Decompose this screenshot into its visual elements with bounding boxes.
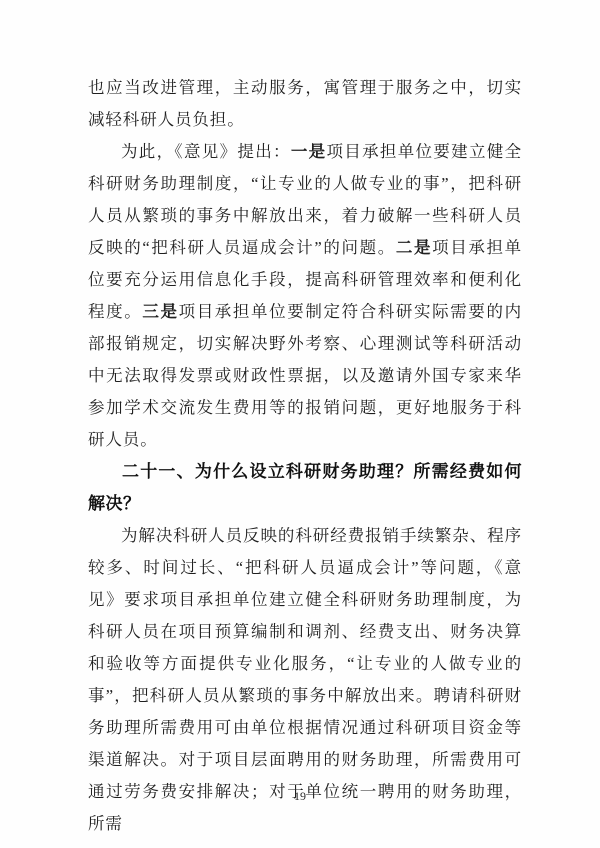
document-body: 也应当改进管理，主动服务，寓管理于服务之中，切实减轻科研人员负担。为此，《意见》… [88, 72, 522, 840]
paragraph-continued: 也应当改进管理，主动服务，寓管理于服务之中，切实减轻科研人员负担。 [88, 72, 522, 136]
text-run: 三是 [142, 302, 178, 321]
text-run: 一是 [291, 142, 327, 161]
text-run: 二十一、为什么设立科研财务助理？所需经费如何解决？ [88, 462, 522, 513]
text-run: 为此，《意见》提出： [121, 142, 291, 161]
paragraph-opinion-measures: 为此，《意见》提出：一是项目承担单位要建立健全科研财务助理制度，“让专业的人做专… [88, 136, 522, 456]
page-number: 19 [0, 789, 600, 803]
text-run: 为解决科研人员反映的科研经费报销手续繁杂、程序较多、时间过长、“把科研人员逼成会… [88, 526, 522, 833]
document-page: 也应当改进管理，主动服务，寓管理于服务之中，切实减轻科研人员负担。为此，《意见》… [0, 0, 600, 848]
text-run: 二是 [396, 238, 432, 257]
text-run: 也应当改进管理，主动服务，寓管理于服务之中，切实减轻科研人员负担。 [88, 78, 522, 129]
section-heading-21: 二十一、为什么设立科研财务助理？所需经费如何解决？ [88, 456, 522, 520]
text-run: 项目承担单位要制定符合科研实际需要的内部报销规定，切实解决野外考察、心理测试等科… [88, 302, 522, 449]
